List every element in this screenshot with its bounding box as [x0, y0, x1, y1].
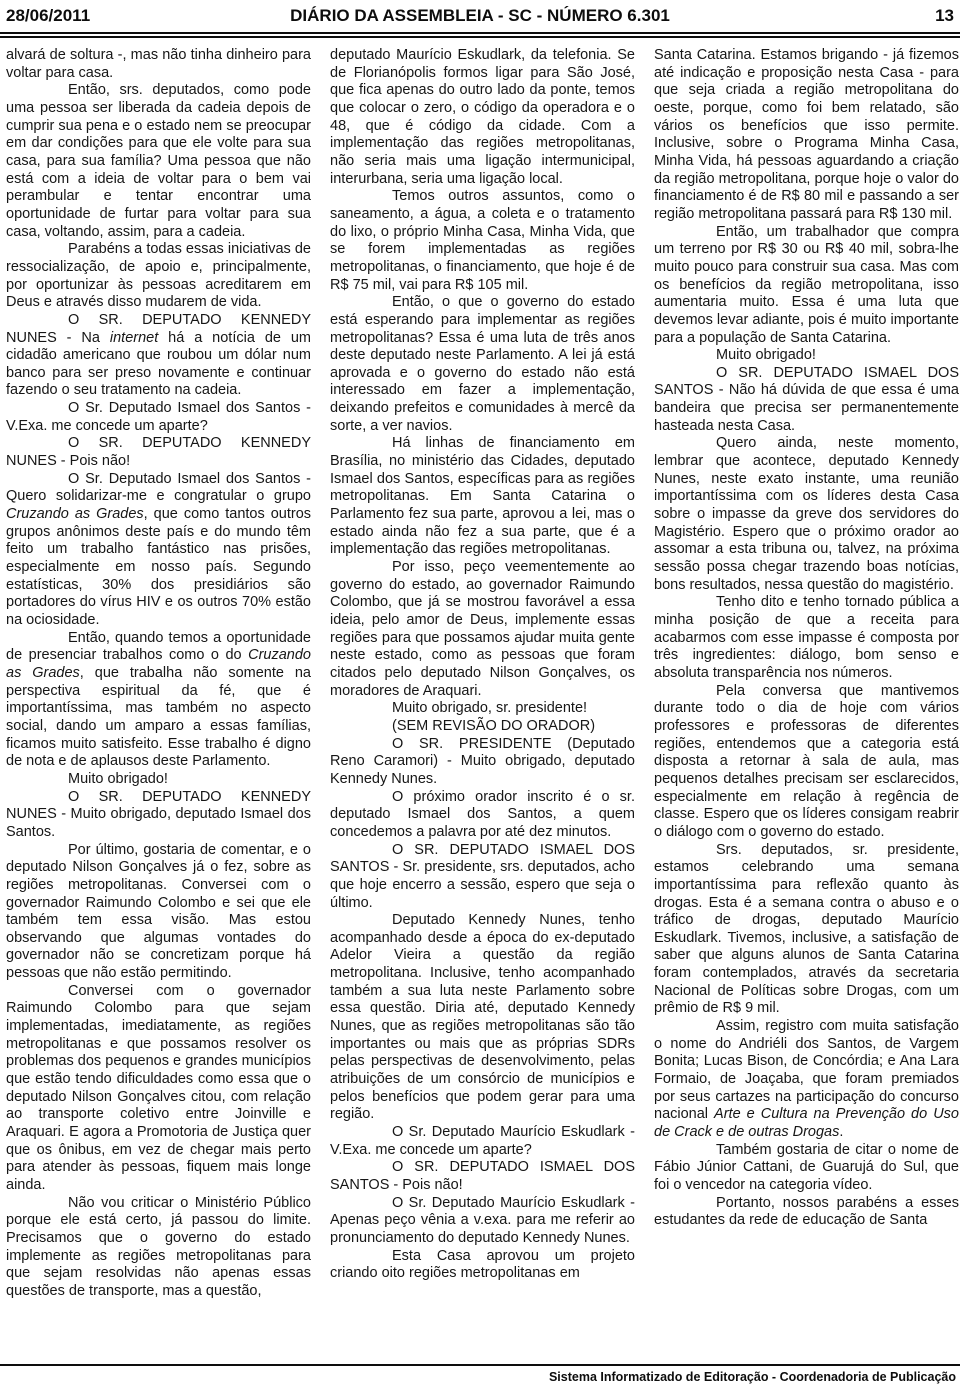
- page-footer: Sistema Informatizado de Editoração - Co…: [0, 1364, 960, 1398]
- paragraph: O Sr. Deputado Maurício Eskudlark - Apen…: [330, 1195, 635, 1248]
- paragraph: O SR. DEPUTADO ISMAEL DOS SANTOS - Sr. p…: [330, 842, 635, 913]
- text-run: Muito obrigado!: [68, 771, 168, 787]
- text-run: (SEM REVISÃO DO ORADOR): [392, 718, 595, 734]
- paragraph: Por isso, peço veementemente ao governo …: [330, 559, 635, 700]
- text-run: Há linhas de financiamento em Brasília, …: [330, 435, 635, 557]
- text-run: .: [839, 1124, 843, 1140]
- text-run: Então, um trabalhador que compra um terr…: [654, 224, 959, 346]
- text-run: O SR. DEPUTADO ISMAEL DOS SANTOS - Pois …: [330, 1159, 635, 1193]
- text-run: deputado Maurício Eskudlark, da telefoni…: [330, 47, 635, 187]
- text-run: Srs. deputados, sr. presidente, estamos …: [654, 842, 959, 1017]
- text-run: O Sr. Deputado Maurício Eskudlark - Apen…: [330, 1195, 635, 1246]
- paragraph: Esta Casa aprovou um projeto criando oit…: [330, 1248, 635, 1283]
- page-title: DIÁRIO DA ASSEMBLEIA - SC - NÚMERO 6.301: [0, 6, 960, 26]
- paragraph: Muito obrigado!: [6, 771, 311, 789]
- paragraph: Então, quando temos a oportunidade de pr…: [6, 630, 311, 771]
- text-column-2: deputado Maurício Eskudlark, da telefoni…: [330, 47, 635, 1301]
- paragraph: Muito obrigado!: [654, 347, 959, 365]
- paragraph: Quero ainda, neste momento, lembrar que …: [654, 435, 959, 594]
- text-run: alvará de soltura -, mas não tinha dinhe…: [6, 47, 311, 81]
- paragraph: O SR. DEPUTADO KENNEDY NUNES - Na intern…: [6, 312, 311, 400]
- paragraph: O Sr. Deputado Ismael dos Santos - Quero…: [6, 471, 311, 630]
- paragraph: Então, um trabalhador que compra um terr…: [654, 224, 959, 348]
- paragraph: O Sr. Deputado Ismael dos Santos - V.Exa…: [6, 400, 311, 435]
- paragraph: Então, o que o governo do estado está es…: [330, 294, 635, 435]
- italic-text-run: Cruzando as Grades: [6, 506, 144, 522]
- text-run: Por último, gostaria de comentar, e o de…: [6, 842, 311, 982]
- text-run: Também gostaria de citar o nome de Fábio…: [654, 1142, 959, 1193]
- paragraph: Por último, gostaria de comentar, e o de…: [6, 842, 311, 983]
- text-run: , que como tantos outros grupos anônimos…: [6, 506, 311, 628]
- text-run: Então, o que o governo do estado está es…: [330, 294, 635, 434]
- gazette-page: 28/06/2011 DIÁRIO DA ASSEMBLEIA - SC - N…: [0, 0, 960, 1398]
- paragraph: Santa Catarina. Estamos brigando - já fi…: [654, 47, 959, 224]
- text-run: O SR. PRESIDENTE (Deputado Reno Caramori…: [330, 736, 635, 787]
- text-run: Muito obrigado!: [716, 347, 816, 363]
- text-run: O Sr. Deputado Ismael dos Santos - V.Exa…: [6, 400, 311, 434]
- paragraph: Também gostaria de citar o nome de Fábio…: [654, 1142, 959, 1195]
- text-run: Não vou criticar o Ministério Público po…: [6, 1195, 311, 1299]
- text-run: Esta Casa aprovou um projeto criando oit…: [330, 1248, 635, 1282]
- paragraph: O SR. PRESIDENTE (Deputado Reno Caramori…: [330, 736, 635, 789]
- paragraph: Portanto, nossos parabéns a esses estuda…: [654, 1195, 959, 1230]
- paragraph: O próximo orador inscrito é o sr. deputa…: [330, 789, 635, 842]
- text-run: Muito obrigado, sr. presidente!: [392, 700, 587, 716]
- paragraph: Tenho dito e tenho tornado pública a min…: [654, 594, 959, 682]
- article-body: alvará de soltura -, mas não tinha dinhe…: [6, 38, 954, 1301]
- text-run: O SR. DEPUTADO ISMAEL DOS SANTOS - Sr. p…: [330, 842, 635, 911]
- text-run: O SR. DEPUTADO ISMAEL DOS SANTOS - Não h…: [654, 365, 959, 434]
- text-run: Então, srs. deputados, como pode uma pes…: [6, 82, 311, 239]
- text-run: O SR. DEPUTADO KENNEDY NUNES - Muito obr…: [6, 789, 311, 840]
- text-run: Temos outros assuntos, como o saneamento…: [330, 188, 635, 292]
- text-run: Pela conversa que mantivemos durante tod…: [654, 683, 959, 840]
- paragraph: O SR. DEPUTADO ISMAEL DOS SANTOS - Não h…: [654, 365, 959, 436]
- footer-imprint: Sistema Informatizado de Editoração - Co…: [0, 1366, 960, 1384]
- text-run: Deputado Kennedy Nunes, tenho acompanhad…: [330, 912, 635, 1122]
- text-run: O Sr. Deputado Ismael dos Santos - Quero…: [6, 471, 311, 505]
- paragraph: Conversei com o governador Raimundo Colo…: [6, 983, 311, 1195]
- text-run: Portanto, nossos parabéns a esses estuda…: [654, 1195, 959, 1229]
- paragraph: Parabéns a todas essas iniciativas de re…: [6, 241, 311, 312]
- paragraph: Temos outros assuntos, como o saneamento…: [330, 188, 635, 294]
- paragraph: O SR. DEPUTADO KENNEDY NUNES - Pois não!: [6, 435, 311, 470]
- text-column-3: Santa Catarina. Estamos brigando - já fi…: [654, 47, 959, 1301]
- header-date: 28/06/2011: [6, 6, 90, 26]
- paragraph: Assim, registro com muita satisfação o n…: [654, 1018, 959, 1142]
- paragraph: Deputado Kennedy Nunes, tenho acompanhad…: [330, 912, 635, 1124]
- text-run: O próximo orador inscrito é o sr. deputa…: [330, 789, 635, 840]
- paragraph: Há linhas de financiamento em Brasília, …: [330, 435, 635, 559]
- text-column-1: alvará de soltura -, mas não tinha dinhe…: [6, 47, 311, 1301]
- paragraph: Srs. deputados, sr. presidente, estamos …: [654, 842, 959, 1019]
- text-run: Tenho dito e tenho tornado pública a min…: [654, 594, 959, 681]
- text-run: Por isso, peço veementemente ao governo …: [330, 559, 635, 699]
- text-run: Conversei com o governador Raimundo Colo…: [6, 983, 311, 1193]
- paragraph: Muito obrigado, sr. presidente!: [330, 700, 635, 718]
- paragraph: (SEM REVISÃO DO ORADOR): [330, 718, 635, 736]
- paragraph: alvará de soltura -, mas não tinha dinhe…: [6, 47, 311, 82]
- paragraph: Pela conversa que mantivemos durante tod…: [654, 683, 959, 842]
- text-run: Santa Catarina. Estamos brigando - já fi…: [654, 47, 959, 222]
- text-run: O Sr. Deputado Maurício Eskudlark - V.Ex…: [330, 1124, 635, 1158]
- text-run: Parabéns a todas essas iniciativas de re…: [6, 241, 311, 310]
- paragraph: Não vou criticar o Ministério Público po…: [6, 1195, 311, 1301]
- paragraph: O Sr. Deputado Maurício Eskudlark - V.Ex…: [330, 1124, 635, 1159]
- paragraph: O SR. DEPUTADO KENNEDY NUNES - Muito obr…: [6, 789, 311, 842]
- text-run: O SR. DEPUTADO KENNEDY NUNES - Pois não!: [6, 435, 311, 469]
- italic-text-run: internet: [110, 330, 158, 346]
- paragraph: deputado Maurício Eskudlark, da telefoni…: [330, 47, 635, 188]
- text-run: Quero ainda, neste momento, lembrar que …: [654, 435, 959, 592]
- paragraph: O SR. DEPUTADO ISMAEL DOS SANTOS - Pois …: [330, 1159, 635, 1194]
- page-number: 13: [935, 6, 954, 26]
- paragraph: Então, srs. deputados, como pode uma pes…: [6, 82, 311, 241]
- page-header: 28/06/2011 DIÁRIO DA ASSEMBLEIA - SC - N…: [6, 0, 954, 30]
